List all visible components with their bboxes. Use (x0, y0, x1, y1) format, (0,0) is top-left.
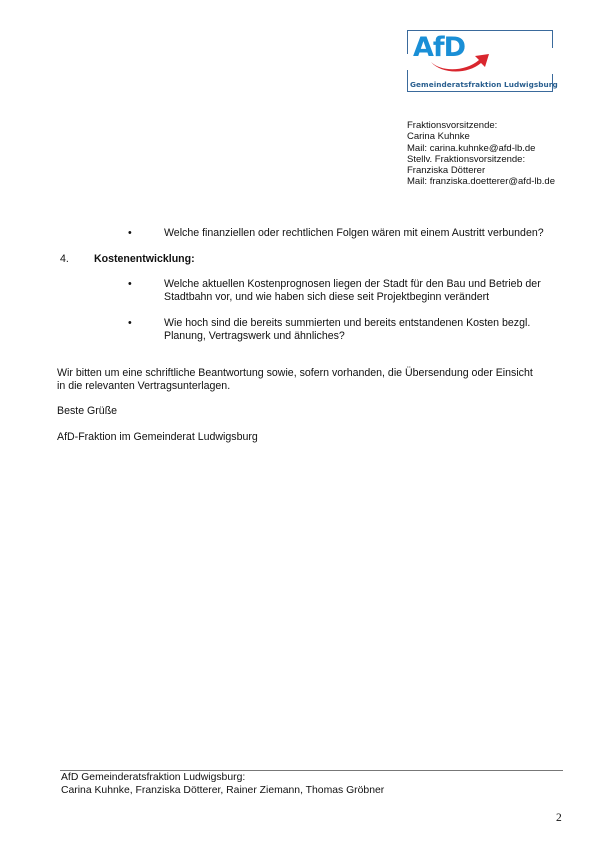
footer-line: AfD Gemeinderatsfraktion Ludwigsburg: (61, 772, 384, 785)
text-line: Wir bitten um eine schriftliche Beantwor… (57, 367, 533, 380)
footer-members: Carina Kuhnke, Franziska Dötterer, Raine… (61, 785, 384, 798)
section-number: 4. (60, 253, 69, 266)
bullet-icon: • (128, 317, 132, 329)
page-number: 2 (556, 812, 562, 824)
text-line: Stadtbahn vor, und wie haben sich diese … (164, 291, 541, 304)
question-exit-consequences: Welche finanziellen oder rechtlichen Fol… (164, 227, 544, 240)
signature: AfD-Fraktion im Gemeinderat Ludwigsburg (57, 431, 258, 444)
question-incurred-costs: Wie hoch sind die bereits summierten und… (164, 317, 530, 343)
arrow-icon (429, 50, 491, 74)
bullet-icon: • (128, 278, 132, 290)
contact-chair-name: Carina Kuhnke (407, 131, 555, 142)
footer: AfD Gemeinderatsfraktion Ludwigsburg: Ca… (61, 772, 384, 797)
text-line: Welche aktuellen Kostenprognosen liegen … (164, 278, 541, 291)
text-line: Wie hoch sind die bereits summierten und… (164, 317, 530, 330)
text-line: Planung, Vertragswerk und ähnliches? (164, 330, 530, 343)
greeting: Beste Grüße (57, 405, 117, 418)
contact-block: Fraktionsvorsitzende: Carina Kuhnke Mail… (407, 120, 555, 188)
text-line: in die relevanten Vertragsunterlagen. (57, 380, 533, 393)
afd-logo: AfD Gemeinderatsfraktion Ludwigsburg (407, 30, 553, 92)
contact-label-chair: Fraktionsvorsitzende: (407, 120, 555, 131)
footer-divider (60, 770, 563, 771)
request-paragraph: Wir bitten um eine schriftliche Beantwor… (57, 367, 533, 393)
bullet-icon: • (128, 227, 132, 239)
contact-label-deputy: Stellv. Fraktionsvorsitzende: (407, 154, 555, 165)
contact-chair-mail: Mail: carina.kuhnke@afd-lb.de (407, 143, 555, 154)
contact-deputy-mail: Mail: franziska.doetterer@afd-lb.de (407, 176, 555, 187)
question-cost-forecast: Welche aktuellen Kostenprognosen liegen … (164, 278, 541, 304)
logo-subtitle: Gemeinderatsfraktion Ludwigsburg (410, 80, 558, 89)
section-heading: Kostenentwicklung: (94, 253, 195, 266)
contact-deputy-name: Franziska Dötterer (407, 165, 555, 176)
